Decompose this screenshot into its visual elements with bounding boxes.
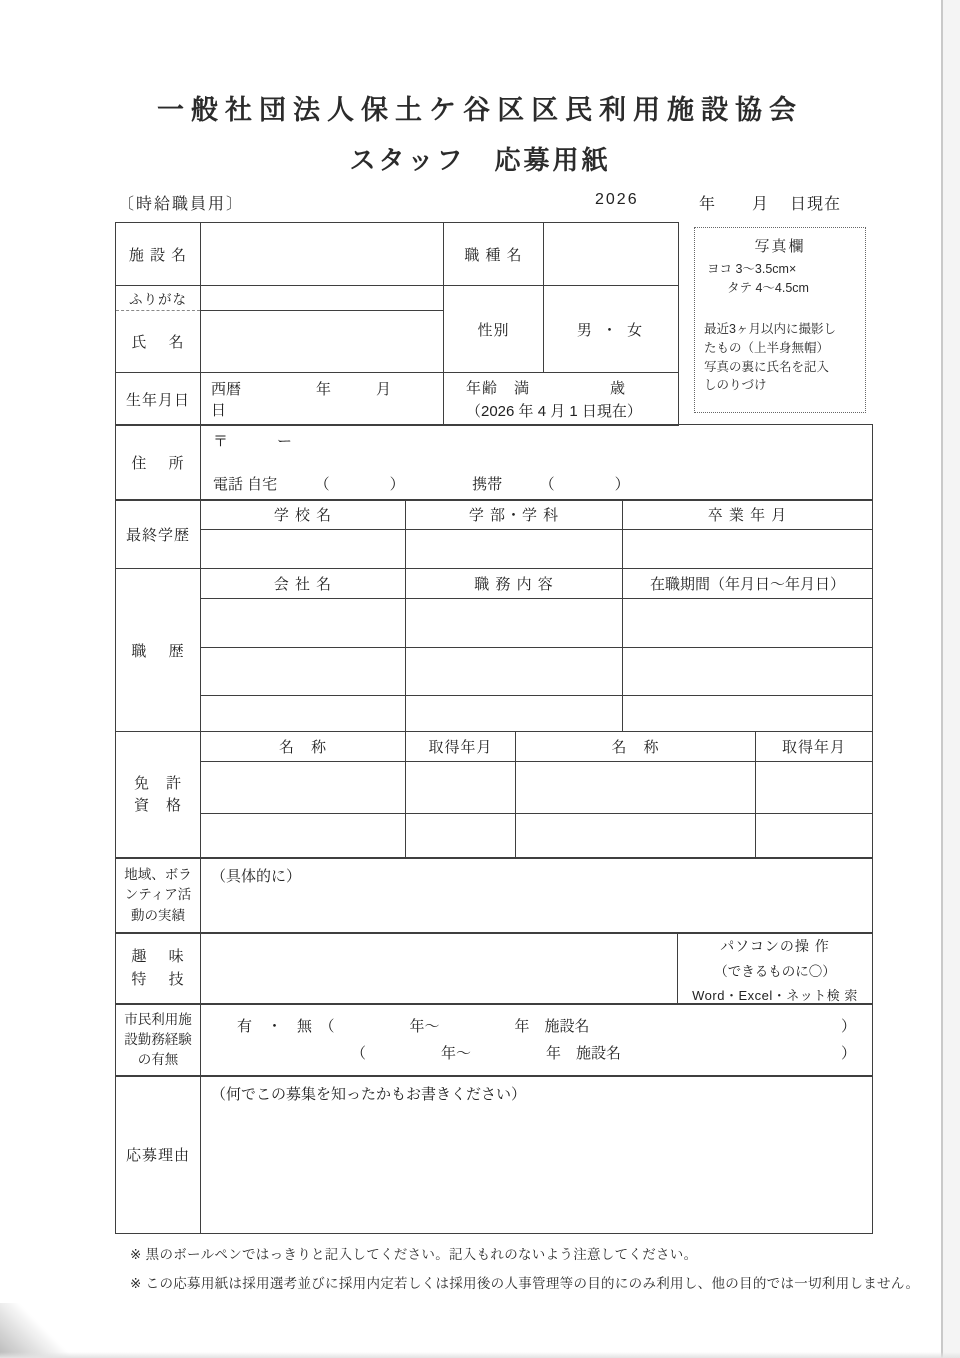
age-line: 年齢 満 歳 [444, 375, 678, 398]
basic-info-table: 施 設 名 職 種 名 ふりがな 性別 男 ・ 女 氏 名 生年月日 西暦 年 … [115, 222, 679, 426]
work-exp-row2: （ 年～ 年 施設名 ） [237, 1040, 856, 1067]
education-table: 最終学歴 学 校 名 学 部・学 科 卒 業 年 月 [115, 499, 873, 569]
date-month-label: 月 [752, 191, 768, 214]
photo-box: 写真欄 ヨコ 3～3.5cm× タテ 4～4.5cm 最近3ヶ月以内に撮影し た… [694, 227, 866, 413]
address-label: 住 所 [116, 425, 201, 501]
license-label: 免 許 資 格 [116, 732, 201, 859]
career-duty-field-3 [406, 696, 623, 732]
career-company-field-3 [201, 696, 406, 732]
address-table: 住 所 〒 ー 電話 自宅 （ ） 携帯 （ ） [115, 424, 873, 501]
career-duty-field-1 [406, 599, 623, 648]
hobby-label-line2: 特 技 [116, 969, 200, 992]
license-table: 免 許 資 格 名 称 取得年月 名 称 取得年月 [115, 731, 873, 859]
work-exp-label-line1: 市民利用施 [116, 1010, 200, 1030]
photo-note-line1: 最近3ヶ月以内に撮影し [704, 320, 865, 339]
birthdate-field: 西暦 年 月 日 [201, 373, 444, 426]
facility-name-label: 施 設 名 [116, 223, 201, 286]
volunteer-field: （具体的に） [201, 858, 873, 934]
education-dept-field [406, 530, 623, 569]
work-exp-label-line2: 設勤務経験 [116, 1030, 200, 1050]
career-company-field-1 [201, 599, 406, 648]
career-col-period: 在職期間（年月日～年月日） [623, 569, 873, 599]
license-name-field-2 [516, 762, 756, 814]
license-date-field-2 [756, 762, 873, 814]
work-exp-label-line3: の有無 [116, 1050, 200, 1070]
scan-edge-line [941, 0, 943, 1358]
volunteer-label-line1: 地域、ボラ [116, 865, 200, 885]
application-form-sheet: 一般社団法人保土ケ谷区区民利用施設協会 スタッフ 応募用紙 〔時給職員用〕 20… [0, 0, 960, 1358]
footer-note-pen: ※ 黒のボールペンではっきりと記入してください。記入もれのないよう注意してくださ… [130, 1243, 697, 1263]
education-grad-field [623, 530, 873, 569]
education-school-field [201, 530, 406, 569]
work-exp-row1-paren: ） [841, 1013, 856, 1040]
work-exp-row1: 有 ・ 無 （ 年～ 年 施設名 ） [237, 1013, 856, 1040]
license-name-field-1 [201, 762, 406, 814]
address-cell: 〒 ー 電話 自宅 （ ） 携帯 （ ） [201, 425, 873, 501]
postal-code-line: 〒 ー [201, 425, 872, 451]
reason-label: 応募理由 [116, 1076, 201, 1234]
license-label-line2: 資 格 [116, 795, 200, 818]
job-type-label: 職 種 名 [444, 223, 544, 286]
volunteer-label: 地域、ボラ ンティア活 動の実績 [116, 858, 201, 934]
date-year-value: 2026 [595, 191, 639, 209]
scan-bottom-shade [0, 1352, 960, 1358]
career-label: 職 歴 [116, 569, 201, 732]
hobby-label: 趣 味 特 技 [116, 933, 201, 1005]
career-col-duty: 職 務 内 容 [406, 569, 623, 599]
work-exp-lines: 有 ・ 無 （ 年～ 年 施設名 ） （ 年～ 年 施設名 ） [201, 1007, 872, 1073]
license-date-field-1 [406, 762, 516, 814]
photo-box-title: 写真欄 [695, 235, 865, 256]
volunteer-label-line3: 動の実績 [116, 906, 200, 926]
education-col-school: 学 校 名 [201, 500, 406, 530]
work-exp-field: 有 ・ 無 （ 年～ 年 施設名 ） （ 年～ 年 施設名 ） [201, 1004, 873, 1077]
scan-edge-band [943, 0, 960, 1358]
license-date-field-4 [756, 814, 873, 859]
reason-table: 応募理由 （何でこの募集を知ったかもお書きください） [115, 1075, 873, 1234]
footer-note-privacy: ※ この応募用紙は採用選考並びに採用内定若しくは採用後の人事管理等の目的にのみ利… [130, 1272, 919, 1292]
phone-line: 電話 自宅 （ ） 携帯 （ ） [201, 451, 872, 500]
reason-hint: （何でこの募集を知ったかもお書きください） [201, 1076, 872, 1104]
date-year-label: 年 [699, 191, 715, 214]
furigana-label: ふりがな [116, 286, 201, 311]
career-period-field-2 [623, 648, 873, 696]
career-company-field-2 [201, 648, 406, 696]
age-cell: 年齢 満 歳 （2026 年 4 月 1 日現在） [444, 373, 679, 426]
license-label-line1: 免 許 [116, 773, 200, 796]
volunteer-table: 地域、ボラ ンティア活 動の実績 （具体的に） [115, 857, 873, 934]
license-col-name1: 名 称 [201, 732, 406, 762]
license-name-field-3 [201, 814, 406, 859]
reason-field: （何でこの募集を知ったかもお書きください） [201, 1076, 873, 1234]
furigana-field [201, 286, 444, 311]
hobby-field [201, 933, 678, 1005]
photo-note-line3: 写真の裏に氏名を記入 [704, 358, 865, 377]
pc-skills-options: Word・Excel・ネット検 索 [678, 985, 872, 1004]
birthdate-label: 生年月日 [116, 373, 201, 426]
education-label: 最終学歴 [116, 500, 201, 569]
work-exp-row2-paren: ） [841, 1040, 856, 1067]
education-col-dept: 学 部・学 科 [406, 500, 623, 530]
work-exp-row2-left: （ 年～ 年 施設名 [351, 1040, 621, 1067]
work-exp-label: 市民利用施 設勤務経験 の有無 [116, 1004, 201, 1077]
name-label: 氏 名 [116, 311, 201, 373]
photo-note-line4: しのりづけ [704, 376, 865, 395]
pc-skills-instruction: （できるものに〇） [678, 960, 872, 980]
volunteer-hint: （具体的に） [201, 858, 872, 886]
pc-skills-title: パソコンの操 作 [678, 936, 872, 956]
work-exp-row1-left: 有 ・ 無 （ 年～ 年 施設名 [237, 1013, 590, 1040]
staff-type-label: 〔時給職員用〕 [118, 191, 244, 214]
date-day-label: 日現在 [790, 191, 841, 214]
career-period-field-3 [623, 696, 873, 732]
hobby-label-line1: 趣 味 [116, 946, 200, 969]
pc-skills-cell: パソコンの操 作 （できるものに〇） Word・Excel・ネット検 索 [678, 933, 873, 1005]
volunteer-label-line2: ンティア活 [116, 885, 200, 905]
photo-note: 最近3ヶ月以内に撮影し たもの（上半身無帽） 写真の裏に氏名を記入 しのりづけ [704, 320, 865, 395]
hobby-table: 趣 味 特 技 パソコンの操 作 （できるものに〇） Word・Excel・ネッ… [115, 932, 873, 1005]
career-duty-field-2 [406, 648, 623, 696]
license-col-date2: 取得年月 [756, 732, 873, 762]
form-title: スタッフ 応募用紙 [0, 140, 960, 177]
age-asof-line: （2026 年 4 月 1 日現在） [444, 398, 678, 423]
career-table: 職 歴 会 社 名 職 務 内 容 在職期間（年月日～年月日） [115, 568, 873, 732]
photo-size-line1: ヨコ 3～3.5cm× [707, 259, 865, 277]
education-col-grad: 卒 業 年 月 [623, 500, 873, 530]
career-col-company: 会 社 名 [201, 569, 406, 599]
work-exp-table: 市民利用施 設勤務経験 の有無 有 ・ 無 （ 年～ 年 施設名 ） （ 年～ … [115, 1003, 873, 1077]
job-type-field [544, 223, 679, 286]
gender-options: 男 ・ 女 [544, 286, 679, 373]
license-col-date1: 取得年月 [406, 732, 516, 762]
career-period-field-1 [623, 599, 873, 648]
scan-corner-shadow [0, 1303, 80, 1358]
photo-size-line2: タテ 4～4.5cm [727, 278, 865, 296]
license-col-name2: 名 称 [516, 732, 756, 762]
gender-label: 性別 [444, 286, 544, 373]
name-field [201, 311, 444, 373]
facility-name-field [201, 223, 444, 286]
photo-note-line2: たもの（上半身無帽） [704, 339, 865, 358]
organization-title: 一般社団法人保土ケ谷区区民利用施設協会 [0, 88, 960, 127]
license-name-field-4 [516, 814, 756, 859]
license-date-field-3 [406, 814, 516, 859]
